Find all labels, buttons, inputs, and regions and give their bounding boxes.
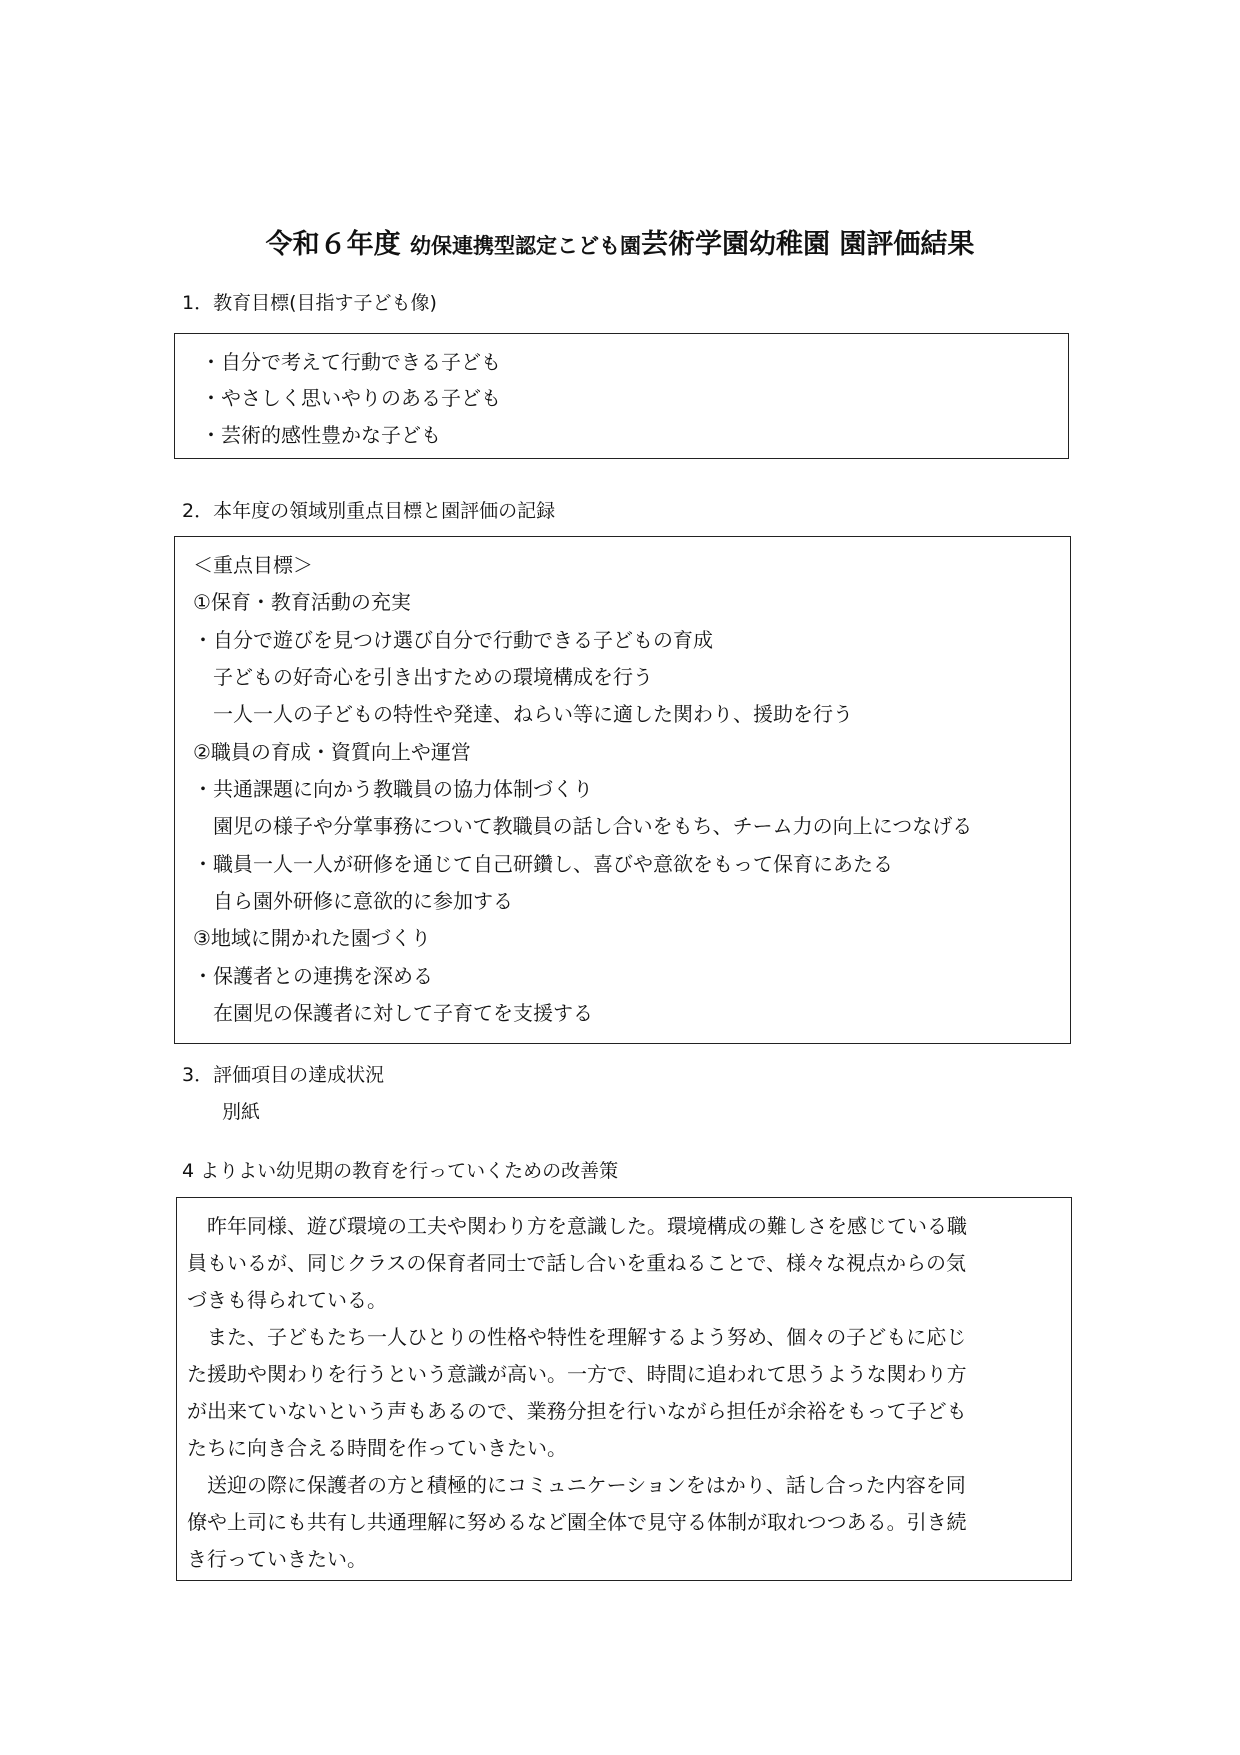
improvement-line: が出来ていないという声もあるので、業務分担を行いながら担任が余裕をもって子ども	[187, 1395, 967, 1424]
section2-heading: 2．本年度の領域別重点目標と園評価の記録	[182, 496, 555, 523]
improvement-line: づきも得られている。	[187, 1284, 387, 1313]
section3-heading: 3．評価項目の達成状況	[182, 1060, 384, 1087]
goal-item: ・やさしく思いやりのある子ども	[201, 382, 501, 411]
goal-category: ②職員の育成・資質向上や運営	[193, 736, 471, 765]
improvement-line: 員もいるが、同じクラスの保育者同士で話し合いを重ねることで、様々な視点からの気	[187, 1247, 966, 1276]
section1-heading: 1．教育目標(目指す子ども像)	[182, 288, 437, 315]
improvement-line: た援助や関わりを行うという意識が高い。一方で、時間に追われて思うような関わり方	[187, 1358, 967, 1387]
title-main: 芸術学園幼稚園 園評価結果	[641, 229, 974, 260]
goal-line: 自ら園外研修に意欲的に参加する	[193, 885, 513, 914]
focus-goals-label: ＜重点目標＞	[193, 549, 313, 578]
improvement-line: き行っていきたい。	[187, 1543, 367, 1572]
page-title: 令和６年度 幼保連携型認定こども園芸術学園幼稚園 園評価結果	[0, 222, 1240, 261]
improvement-line: また、子どもたち一人ひとりの性格や特性を理解するよう努め、個々の子どもに応じ	[187, 1321, 966, 1350]
goal-line: 一人一人の子どもの特性や発達、ねらい等に適した関わり、援助を行う	[193, 698, 853, 727]
section3-body: 別紙	[222, 1097, 260, 1124]
improvement-box: 昨年同様、遊び環境の工夫や関わり方を意識した。環境構成の難しさを感じている職 員…	[176, 1197, 1072, 1581]
goal-line: 園児の様子や分掌事務について教職員の話し合いをもち、チーム力の向上につなげる	[193, 810, 972, 839]
title-school-type: 幼保連携型認定こども園	[410, 234, 641, 258]
goal-line: ・共通課題に向かう教職員の協力体制づくり	[193, 773, 593, 802]
improvement-line: 送迎の際に保護者の方と積極的にコミュニケーションをはかり、話し合った内容を同	[187, 1469, 966, 1498]
goal-line: ・保護者との連携を深める	[193, 960, 433, 989]
education-goals-box: ・自分で考えて行動できる子ども ・やさしく思いやりのある子ども ・芸術的感性豊か…	[174, 333, 1069, 459]
goal-line: 子どもの好奇心を引き出すための環境構成を行う	[193, 661, 653, 690]
goal-category: ①保育・教育活動の充実	[193, 586, 411, 615]
goal-category: ③地域に開かれた園づくり	[193, 922, 431, 951]
goal-item: ・芸術的感性豊かな子ども	[201, 419, 441, 448]
improvement-line: たちに向き合える時間を作っていきたい。	[187, 1432, 567, 1461]
title-year: 令和６年度	[266, 229, 401, 260]
goal-line: ・職員一人一人が研修を通じて自己研鑽し、喜びや意欲をもって保育にあたる	[193, 848, 893, 877]
goal-line: 在園児の保護者に対して子育てを支援する	[193, 997, 593, 1026]
focus-goals-box: ＜重点目標＞ ①保育・教育活動の充実 ・自分で遊びを見つけ選び自分で行動できる子…	[174, 536, 1071, 1044]
improvement-line: 昨年同様、遊び環境の工夫や関わり方を意識した。環境構成の難しさを感じている職	[187, 1210, 967, 1239]
goal-line: ・自分で遊びを見つけ選び自分で行動できる子どもの育成	[193, 624, 713, 653]
section4-heading: 4 よりよい幼児期の教育を行っていくための改善策	[182, 1156, 618, 1183]
goal-item: ・自分で考えて行動できる子ども	[201, 346, 501, 375]
improvement-line: 僚や上司にも共有し共通理解に努めるなど園全体で見守る体制が取れつつある。引き続	[187, 1506, 967, 1535]
